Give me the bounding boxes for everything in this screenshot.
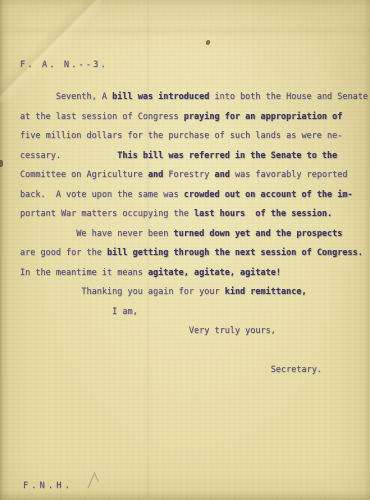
letter-line: Seventh, A bill was introduced into both…: [20, 88, 370, 108]
typed-text: five million dollars for the purchase of…: [20, 131, 342, 141]
letter-line: are good for the bill getting through th…: [20, 244, 370, 264]
typed-text-heavy: praying for an appropriation of: [184, 112, 343, 122]
page-header: F. A. N.--3.: [20, 56, 108, 76]
paper-speck: [205, 40, 210, 46]
typed-text-heavy: bill getting through the next session of…: [107, 248, 363, 258]
letter-line: cessary. This bill was referred in the S…: [20, 147, 370, 167]
typist-initials: F.N.H.: [23, 477, 73, 497]
typed-text-heavy: agitate, agitate, agitate!: [148, 268, 281, 278]
typed-text: was favorably reported: [230, 170, 348, 180]
paper-crease-diagonal: [0, 0, 102, 102]
typed-text-heavy: turned down yet and the prospects: [174, 229, 343, 239]
typed-text: In the meantime it means: [20, 268, 148, 278]
typed-text: I am,: [20, 307, 138, 317]
letter-line: back. A vote upon the same was crowded o…: [20, 186, 370, 206]
typed-text: at the last session of Congress: [20, 112, 184, 122]
scanned-letter-page: F. A. N.--3. Seventh, A bill was introdu…: [0, 0, 370, 500]
typed-text-heavy: This bill was referred in the Senate to …: [117, 151, 337, 161]
typed-text: into both the House and Senate: [209, 92, 368, 102]
letter-line: [20, 342, 370, 362]
letter-line: In the meantime it means agitate, agitat…: [20, 264, 370, 284]
typed-text: We have never been: [20, 229, 174, 239]
typed-text: Very truly yours,: [20, 326, 276, 336]
letter-line: Secretary.: [20, 361, 370, 381]
typed-text: are good for the: [20, 248, 107, 258]
typed-text-heavy: and: [148, 170, 163, 180]
letter-line: Very truly yours,: [20, 322, 370, 342]
letter-line: Committee on Agriculture and Forestry an…: [20, 166, 370, 186]
letter-line: We have never been turned down yet and t…: [20, 225, 370, 245]
typed-text-heavy: bill was introduced: [112, 92, 209, 102]
typed-text: Seventh, A: [20, 92, 112, 102]
typed-text: cessary.: [20, 151, 117, 161]
typed-text: Thanking you again for your: [20, 287, 225, 297]
pencil-check-mark: [86, 470, 102, 494]
paper-edge-mark: [0, 160, 3, 167]
letter-line: five million dollars for the purchase of…: [20, 127, 370, 147]
letter-body: Seventh, A bill was introduced into both…: [20, 88, 370, 381]
letter-line: at the last session of Congress praying …: [20, 108, 370, 128]
typed-text: back. A vote upon the same was: [20, 190, 184, 200]
typed-text-heavy: kind remittance,: [225, 287, 307, 297]
typed-text-heavy: last hours of the session.: [194, 209, 332, 219]
letter-line: I am,: [20, 303, 370, 323]
typed-text-heavy: and: [214, 170, 229, 180]
paper-crease-horizontal: [0, 26, 370, 36]
typed-text: Committee on Agriculture: [20, 170, 148, 180]
letter-line: Thanking you again for your kind remitta…: [20, 283, 370, 303]
letter-line: portant War matters occupying the last h…: [20, 205, 370, 225]
typed-text: portant War matters occupying the: [20, 209, 194, 219]
typed-text: Secretary.: [20, 365, 322, 375]
typed-text-heavy: crowded out on account of the im-: [184, 190, 353, 200]
typed-text: Forestry: [163, 170, 214, 180]
